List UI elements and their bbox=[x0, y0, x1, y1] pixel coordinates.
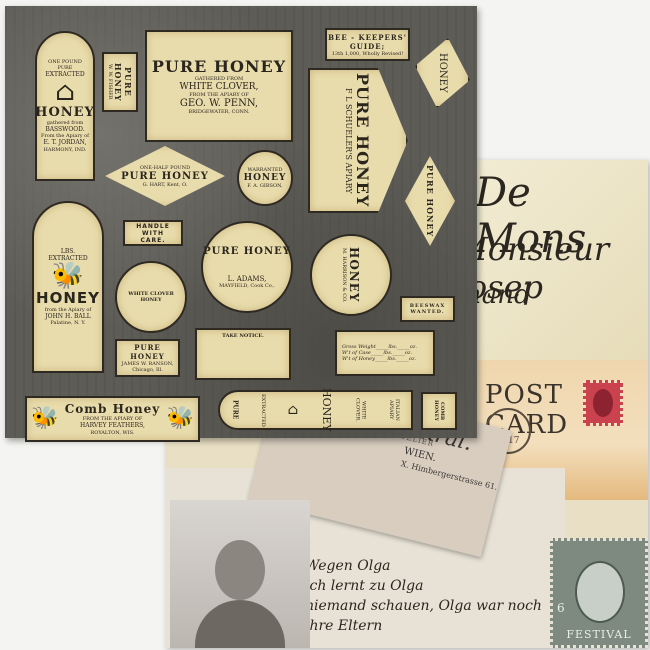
label-text: PURE HONEY bbox=[113, 54, 133, 110]
label-text: HANDLE WITH bbox=[125, 223, 181, 237]
label-penn: PURE HONEY GATHERED FROM WHITE CLOVER, F… bbox=[145, 30, 293, 142]
honey-labels-sheet: ONE POUND PURE EXTRACTED ⌂ HONEY gathere… bbox=[5, 6, 477, 438]
green-stamp: 6 FESTIVAL bbox=[550, 538, 648, 648]
label-schueler: PURE HONEY F L SCHUELER'S APIARY bbox=[308, 68, 408, 213]
label-white-clover: WHITE CLOVER HONEY bbox=[115, 261, 187, 333]
label-text: CARE. bbox=[140, 237, 165, 244]
label-text: 13th 1,000, Wholly Revised! bbox=[332, 51, 404, 57]
label-text: PURE HONEY bbox=[425, 165, 435, 237]
label-watson: PURE EXTRACTED ⌂ HONEY WHITE CLOVER. ITA… bbox=[218, 390, 413, 430]
label-fan-honey: HONEY bbox=[415, 38, 470, 108]
label-text: E. T. JORDAN, bbox=[44, 139, 87, 147]
handwritten-letter: De Mons Monsieur Josep hand bbox=[465, 160, 648, 360]
letter-line: ich lernt zu Olga bbox=[305, 578, 423, 594]
label-text: HARVEY FEATHERS, bbox=[80, 422, 145, 430]
label-text: W't of Honey_____lbs._____oz. bbox=[342, 356, 416, 362]
label-text: PURE bbox=[231, 400, 239, 419]
label-ball: LBS. EXTRACTED 🐝 HONEY from the Apiary o… bbox=[32, 201, 104, 373]
label-text: HONEY bbox=[36, 289, 100, 307]
label-text: WHITE CLOVER, bbox=[180, 82, 259, 92]
label-basswood: ONE POUND PURE EXTRACTED ⌂ HONEY gathere… bbox=[35, 31, 95, 181]
label-gibson: WARRANTED HONEY F. A. GIBSON, bbox=[237, 150, 293, 206]
letter-line: niemand schauen, Olga war noch bbox=[305, 598, 542, 614]
label-text: PURE HONEY bbox=[117, 343, 178, 361]
label-text: TAKE NOTICE. bbox=[222, 333, 264, 339]
stamp-label: FESTIVAL bbox=[553, 628, 645, 641]
label-text: LBS. bbox=[61, 248, 75, 256]
label-text: G. HART, Kent, O. bbox=[143, 182, 188, 188]
label-beeswax: BEESWAX WANTED. bbox=[400, 296, 455, 322]
label-text: WHITE CLOVER HONEY bbox=[117, 291, 185, 303]
label-ranson: PURE HONEY JAMES W. RANSON, Chicago, Ill… bbox=[115, 339, 180, 377]
label-text: ITALIAN APIARY bbox=[388, 392, 400, 428]
label-text: PURE HONEY bbox=[121, 171, 209, 182]
vintage-portrait-photo bbox=[170, 500, 310, 648]
label-text: F L SCHUELER'S APIARY bbox=[344, 88, 353, 194]
bee-icon: 🐝 bbox=[52, 263, 84, 289]
label-weights: Gross Weight_____lbs._____oz. W't of Cas… bbox=[335, 330, 435, 376]
label-text: HONEY bbox=[244, 173, 287, 183]
label-text: L. ADAMS, bbox=[228, 275, 267, 283]
label-text: Palatine, N. Y. bbox=[50, 320, 85, 326]
label-text: W. W. FISHER bbox=[107, 64, 113, 100]
label-text: WHITE CLOVER. bbox=[355, 392, 367, 428]
red-stamp bbox=[583, 380, 623, 426]
label-text: MAYFIELD, Cook Co., bbox=[219, 283, 275, 289]
label-text: BEE - KEEPERS' GUIDE; bbox=[327, 33, 408, 51]
label-text: HONEY bbox=[437, 53, 448, 93]
label-text: PURE HONEY bbox=[152, 57, 286, 76]
label-adams: PURE HONEY L. ADAMS, MAYFIELD, Cook Co., bbox=[201, 221, 293, 313]
label-text: COMB HONEY bbox=[433, 394, 445, 428]
portrait-body bbox=[195, 600, 285, 648]
label-text: PURE HONEY bbox=[353, 73, 372, 207]
label-feathers: 🐝 Comb Honey FROM THE APIARY OF HARVEY F… bbox=[25, 396, 200, 442]
label-hart: ONE-HALF POUND PURE HONEY G. HART, Kent,… bbox=[105, 146, 225, 206]
label-text: Chicago, Ill. bbox=[132, 367, 163, 373]
label-text: ROYALTON, WIS. bbox=[91, 430, 135, 436]
label-handle-with-care: HANDLE WITH CARE. bbox=[123, 220, 183, 246]
beehive-icon: ⌂ bbox=[55, 79, 75, 105]
label-johnson: COMB HONEY bbox=[421, 392, 457, 430]
label-harrison: HONEY M. HARRISON & CO. bbox=[310, 234, 392, 316]
stamp-portrait bbox=[575, 561, 625, 623]
portrait-head bbox=[215, 540, 265, 600]
beehive-icon: ⌂ bbox=[288, 403, 299, 417]
label-text: BRIDGEWATER, CONN. bbox=[188, 109, 249, 115]
label-text: HONEY bbox=[35, 105, 95, 120]
stamp-value: 6 bbox=[557, 601, 565, 615]
label-text: JOHN H. BALL bbox=[45, 313, 90, 321]
label-text: PURE HONEY bbox=[203, 246, 291, 257]
letter-line: Wegen Olga bbox=[305, 558, 391, 574]
label-warranted: PURE HONEY bbox=[405, 156, 455, 246]
label-fisher: PURE HONEY W. W. FISHER bbox=[102, 52, 138, 112]
label-text: HONEY bbox=[320, 388, 333, 432]
stamp-portrait bbox=[593, 389, 613, 417]
label-text: F. A. GIBSON, bbox=[247, 183, 282, 189]
bee-icon: 🐝 bbox=[31, 408, 58, 430]
label-text: Comb Honey bbox=[65, 402, 161, 416]
label-take-notice: TAKE NOTICE. bbox=[195, 328, 291, 380]
label-center: Comb Honey FROM THE APIARY OF HARVEY FEA… bbox=[65, 402, 161, 436]
label-text: BEESWAX WANTED. bbox=[402, 303, 453, 315]
bee-icon: 🐝 bbox=[167, 408, 194, 430]
label-text: EXTRACTED bbox=[260, 394, 266, 427]
label-text: BASSWOOD. bbox=[45, 126, 84, 134]
label-text: M. HARRISON & CO. bbox=[341, 248, 347, 303]
label-text: HONEY bbox=[347, 247, 361, 302]
label-text: HARMONY, IND. bbox=[44, 147, 87, 153]
label-text: GEO. W. PENN, bbox=[180, 98, 258, 109]
label-beekeepers-guide: BEE - KEEPERS' GUIDE; 13th 1,000, Wholly… bbox=[325, 28, 410, 61]
studio-address: X. Himbergerstrasse 61. bbox=[400, 459, 499, 492]
letter-line: ihre Eltern bbox=[305, 618, 382, 634]
